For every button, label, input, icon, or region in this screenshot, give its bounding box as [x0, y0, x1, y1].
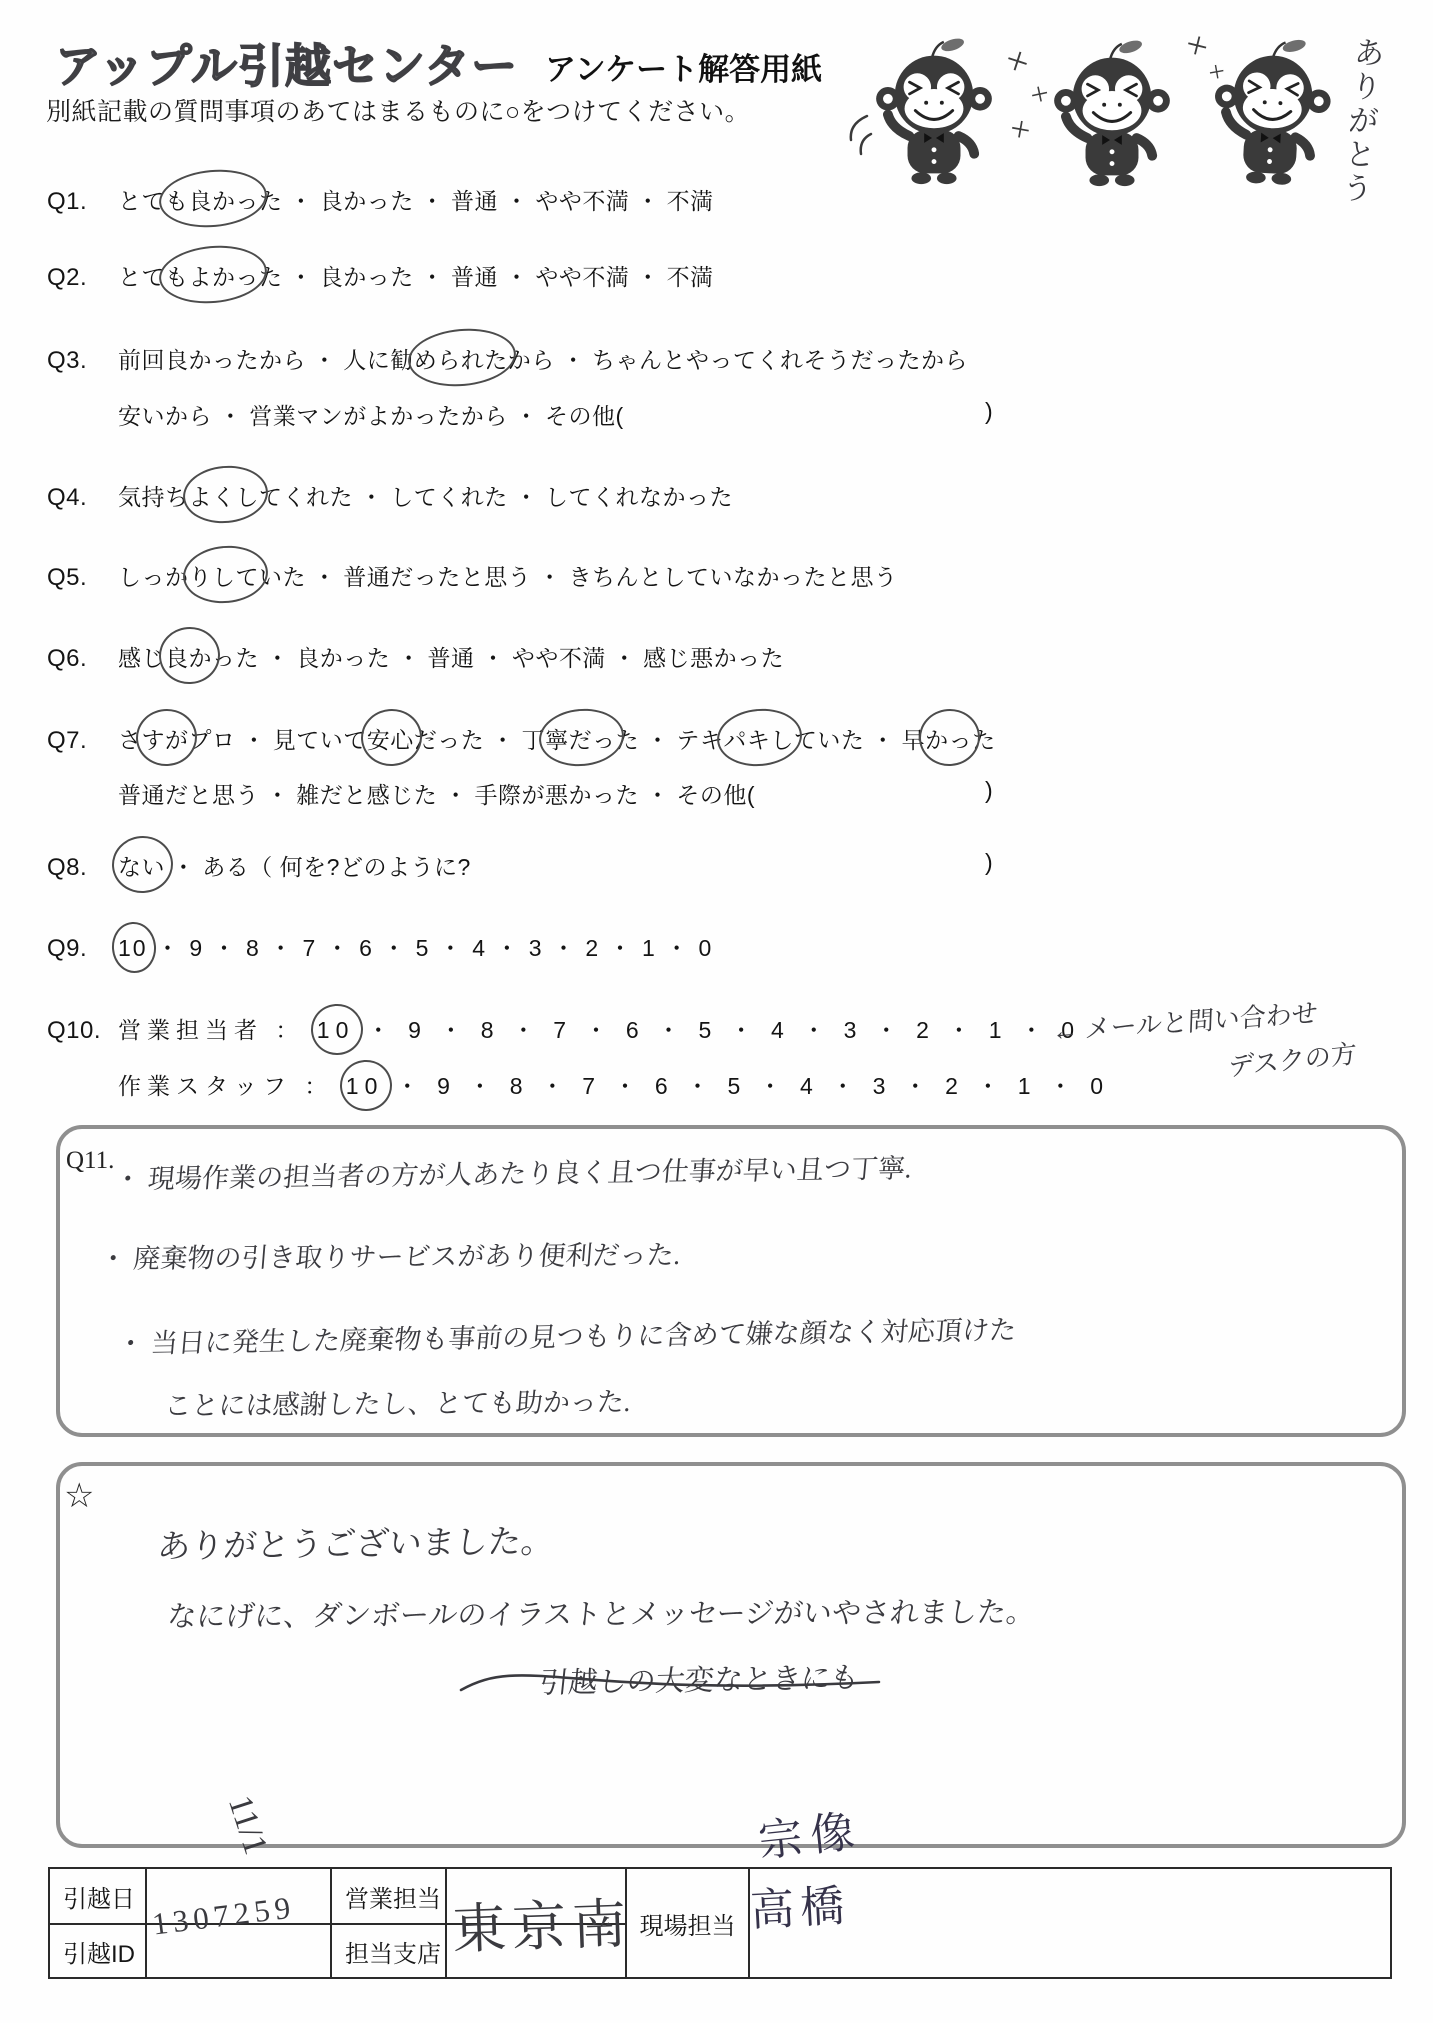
q5-row-1: Q5.しっかりしていた ・ 普通だったと思う ・ きちんとしていなかったと思う [47, 559, 898, 592]
question-options: 感じ良かった ・ 良かった ・ 普通 ・ やや不満 ・ 感じ悪かった [118, 645, 784, 671]
answer-circle-mark: 安心 [367, 722, 414, 755]
answer-circle-mark: 寧だっ [545, 722, 616, 755]
option-text: しっか [118, 564, 189, 590]
option-text: ・ ある（ 何を?どのように? [165, 854, 471, 880]
answer-circle-mark: められた [414, 342, 508, 375]
site-staff-name: 高橋 [748, 1869, 851, 1938]
answer-circle-mark: すが [142, 722, 189, 755]
form-title: アンケート解答用紙 [545, 44, 822, 89]
q3-row-1: Q3.前回良かったから ・ 人に勧められたから ・ ちゃんとやってくれそうだった… [47, 342, 968, 375]
option-text: ていた ・ 早 [794, 727, 925, 753]
question-label: Q4. [47, 484, 118, 512]
answer-circle-mark: 10 [118, 935, 148, 962]
question-label: Q9. [47, 935, 118, 963]
sparkle-icon: ＋ [1001, 39, 1035, 80]
q10-annotation-line2: デスクの方 [1228, 1033, 1356, 1084]
answer-circle-mark: りして [189, 559, 260, 592]
q7-row-1: Q7.さすがプロ ・ 見ていて安心だった ・ 丁寧だった ・ テキパキしていた … [47, 722, 996, 755]
option-text: た ・ 良かった ・ 普通 ・ やや不満 ・ 不満 [259, 264, 714, 290]
move-date-label: 引越日 [49, 1868, 146, 1924]
q3-row-2: 安いから ・ 営業マンがよかったから ・ その他() [47, 398, 624, 431]
question-label: Q2. [47, 264, 118, 292]
question-label: Q1. [47, 188, 118, 216]
q10-row-1: Q10.営業担当者 ： 10 ・ 9 ・ 8 ・ 7 ・ 6 ・ 5 ・ 4 ・… [47, 1012, 1080, 1045]
question-label: Q6. [47, 645, 118, 673]
option-text: ・ 9 ・ 8 ・ 7 ・ 6 ・ 5 ・ 4 ・ 3 ・ 2 ・ 1 ・ 0 [383, 1073, 1109, 1099]
branch-label: 担当支店 [331, 1924, 446, 1978]
close-paren: ) [985, 849, 993, 876]
question-label: Q8. [47, 854, 118, 882]
question-options: 営業担当者 ： 10 ・ 9 ・ 8 ・ 7 ・ 6 ・ 5 ・ 4 ・ 3 ・… [118, 1017, 1080, 1043]
site-staff-label: 現場担当 [626, 1868, 749, 1978]
option-text: った ・ 良かった ・ 普通 ・ やや不満 ・ 感じ悪かった [212, 645, 784, 671]
option-text: だった ・ 丁 [414, 727, 545, 753]
question-options: 10 ・ 9 ・ 8 ・ 7 ・ 6 ・ 5 ・ 4 ・ 3 ・ 2 ・ 1 ・… [118, 935, 713, 961]
answer-circle-mark: もよかっ [165, 259, 259, 292]
answer-circle-mark: パキし [723, 722, 794, 755]
option-text: ・ 9 ・ 8 ・ 7 ・ 6 ・ 5 ・ 4 ・ 3 ・ 2 ・ 1 ・ 0 [354, 1017, 1080, 1043]
option-text: 感じ [118, 645, 165, 671]
questionnaire-page: アップル引越センター アンケート解答用紙 別紙記載の質問事項のあてはまるものに○… [0, 0, 1433, 2023]
option-text: ・ 9 ・ 8 ・ 7 ・ 6 ・ 5 ・ 4 ・ 3 ・ 2 ・ 1 ・ 0 [148, 935, 714, 961]
question-options: 作業スタッフ ： 10 ・ 9 ・ 8 ・ 7 ・ 6 ・ 5 ・ 4 ・ 3 … [118, 1073, 1109, 1099]
option-text: から ・ ちゃんとやってくれそうだったから [508, 347, 968, 373]
option-text: 気持ち [118, 484, 189, 510]
question-options: さすがプロ ・ 見ていて安心だった ・ 丁寧だった ・ テキパキしていた ・ 早… [118, 727, 996, 753]
q4-row-1: Q4.気持ちよくしてくれた ・ してくれた ・ してくれなかった [47, 479, 733, 512]
q8-row-1: Q8.ない ・ ある（ 何を?どのように?) [47, 849, 471, 882]
answer-circle-mark: 良か [165, 640, 212, 673]
option-text: 普通だと思う ・ 雑だと感じた ・ 手際が悪かった ・ その他( [118, 782, 755, 808]
brand-title: アップル引越センター [55, 30, 518, 96]
answer-circle-mark: かっ [925, 722, 972, 755]
question-options: 普通だと思う ・ 雑だと感じた ・ 手際が悪かった ・ その他( [118, 782, 755, 808]
question-options: ない ・ ある（ 何を?どのように? [118, 854, 471, 880]
option-text: 前回良かったから ・ 人に勧 [118, 347, 414, 373]
answer-circle-mark: 10 [346, 1073, 384, 1100]
question-options: とてもよかった ・ 良かった ・ 普通 ・ やや不満 ・ 不満 [118, 264, 714, 290]
question-options: 前回良かったから ・ 人に勧められたから ・ ちゃんとやってくれそうだったから [118, 347, 968, 373]
question-options: とても良かった ・ 良かった ・ 普通 ・ やや不満 ・ 不満 [118, 188, 714, 214]
answer-circle-mark: も良かっ [165, 183, 259, 216]
question-label: Q5. [47, 564, 118, 592]
question-options: 気持ちよくしてくれた ・ してくれた ・ してくれなかった [118, 484, 733, 510]
answer-circle-mark: よくし [189, 479, 260, 512]
option-text: プロ ・ 見ていて [189, 727, 367, 753]
star-comment-line: ありがとうございました。 [156, 1515, 557, 1568]
q10-annotation-line1: ← メールと問い合わせ [1052, 993, 1319, 1049]
monkey-mascot-icon [868, 38, 1000, 190]
question-options: しっかりしていた ・ 普通だったと思う ・ きちんとしていなかったと思う [118, 564, 898, 590]
option-text: 作業スタッフ ： [118, 1073, 346, 1099]
q2-row-1: Q2.とてもよかった ・ 良かった ・ 普通 ・ やや不満 ・ 不満 [47, 259, 714, 292]
q6-row-1: Q6.感じ良かった ・ 良かった ・ 普通 ・ やや不満 ・ 感じ悪かった [47, 640, 784, 673]
q10-row-2: 作業スタッフ ： 10 ・ 9 ・ 8 ・ 7 ・ 6 ・ 5 ・ 4 ・ 3 … [47, 1068, 1109, 1101]
move-id-label: 引越ID [49, 1924, 146, 1978]
option-text: とて [118, 188, 165, 214]
sales-rep-label: 営業担当 [331, 1868, 446, 1924]
answer-circle-mark: 10 [317, 1017, 355, 1044]
q11-label: Q11. [66, 1147, 114, 1175]
underline-swoosh-icon [455, 1648, 885, 1706]
site-staff-name: 宗像 [755, 1795, 865, 1870]
option-text: とて [118, 264, 165, 290]
q1-row-1: Q1.とても良かった ・ 良かった ・ 普通 ・ やや不満 ・ 不満 [47, 183, 714, 216]
close-paren: ) [985, 398, 993, 425]
option-text: いた ・ 普通だったと思う ・ きちんとしていなかったと思う [259, 564, 898, 590]
option-text: 営業担当者 ： [118, 1017, 317, 1043]
question-label: Q10. [47, 1017, 118, 1045]
instruction-text: 別紙記載の質問事項のあてはまるものに○をつけてください。 [46, 92, 750, 128]
option-text: てくれた ・ してくれた ・ してくれなかった [259, 484, 733, 510]
q7-row-2: 普通だと思う ・ 雑だと感じた ・ 手際が悪かった ・ その他() [47, 777, 755, 810]
sparkle-icon: ＋ [1008, 112, 1034, 145]
branch-handwritten: 東京南 [451, 1881, 634, 1964]
question-options: 安いから ・ 営業マンがよかったから ・ その他( [118, 403, 624, 429]
option-text: た ・ 良かった ・ 普通 ・ やや不満 ・ 不満 [259, 188, 714, 214]
answer-circle-mark: ない [118, 849, 165, 882]
star-icon: ☆ [64, 1476, 94, 1516]
question-label: Q3. [47, 347, 118, 375]
option-text: た ・ テキ [616, 727, 724, 753]
q11-comment-line: ことには感謝したし、とても助かった. [163, 1380, 632, 1423]
q11-comment-line: ・ 廃棄物の引き取りサービスがあり便利だった. [98, 1233, 682, 1276]
monkey-mascot-icon [1046, 40, 1178, 192]
option-text: 安いから ・ 営業マンがよかったから ・ その他( [118, 403, 624, 429]
star-comment-line: なにげに、ダンボールのイラストとメッセージがいやされました。 [166, 1590, 1038, 1636]
question-label: Q7. [47, 727, 118, 755]
q9-row-1: Q9.10 ・ 9 ・ 8 ・ 7 ・ 6 ・ 5 ・ 4 ・ 3 ・ 2 ・ … [47, 930, 713, 963]
close-paren: ) [985, 777, 993, 804]
